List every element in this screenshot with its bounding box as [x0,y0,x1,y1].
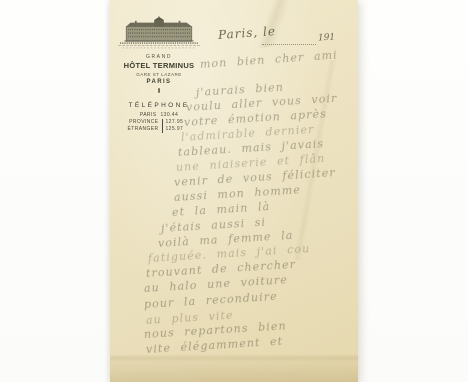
handwriting-line: mon bien cher ami [200,48,339,71]
paper-bottom-shadow [110,354,358,382]
photo-background: GRAND HÔTEL TERMINUS GARE ST LAZARE PARI… [0,0,468,382]
dateline-dotted-rule [262,44,316,45]
dateline-year: 191 [318,33,336,44]
phone-label: PROVINCE [119,119,162,126]
letterhead-city: PARIS [114,79,204,85]
letterhead-grand-label: GRAND [114,54,204,60]
phone-label: ÉTRANGER [119,126,162,133]
letterhead-hotel-name: HÔTEL TERMINUS [114,61,204,70]
letter-paper: GRAND HÔTEL TERMINUS GARE ST LAZARE PARI… [110,0,358,382]
letterhead-station-name: GARE ST LAZARE [114,72,204,77]
phone-number: 130.44 [160,112,178,119]
dateline-prefix: Paris, le [218,24,277,42]
phone-label: PARIS [140,112,157,119]
letterhead-ornament [158,88,160,93]
hotel-building-engraving-icon [117,16,201,51]
